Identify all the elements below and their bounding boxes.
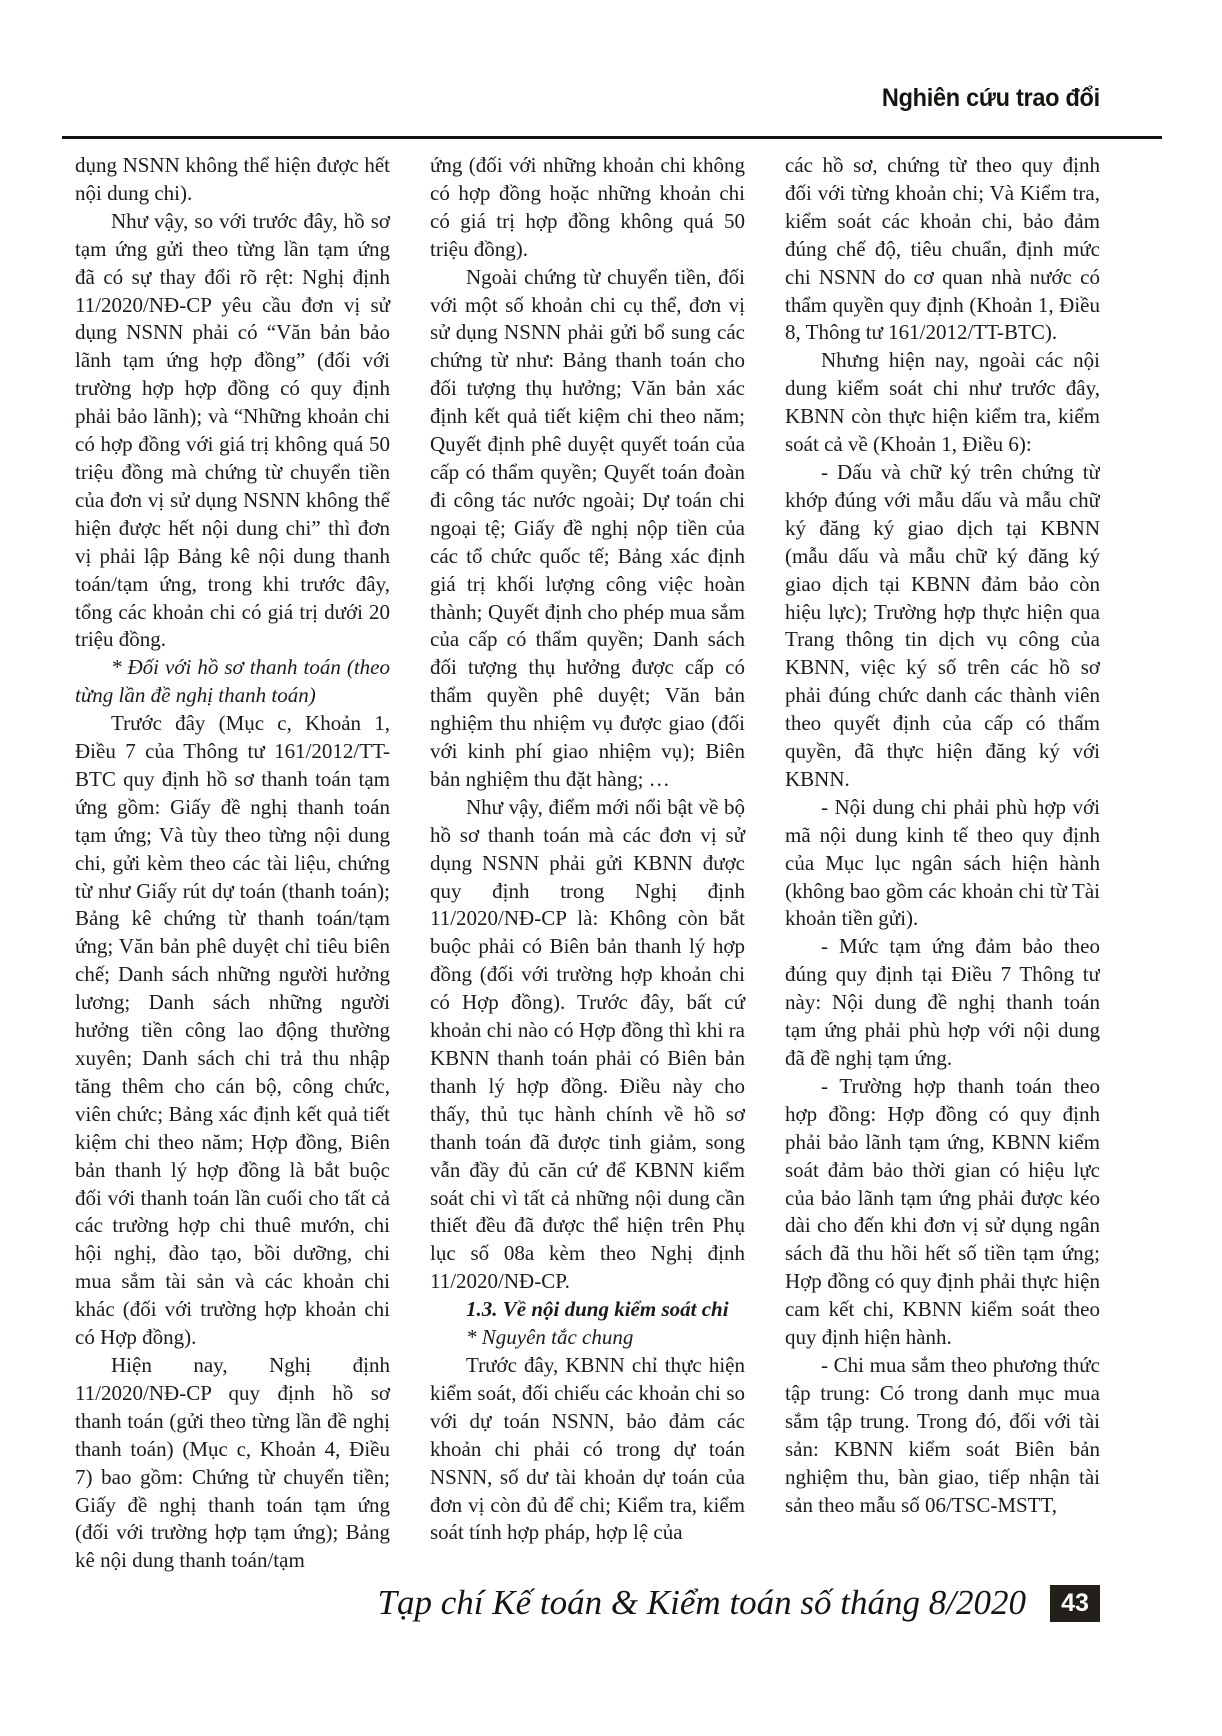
body-paragraph: Trước đây, KBNN chỉ thực hiện kiểm soát,…	[430, 1352, 745, 1547]
body-paragraph: Như vậy, so với trước đây, hồ sơ tạm ứng…	[75, 208, 390, 655]
subheading-general-principles: * Nguyên tắc chung	[430, 1324, 745, 1352]
body-paragraph: - Dấu và chữ ký trên chứng từ khớp đúng …	[785, 459, 1100, 794]
page-number-badge: 43	[1050, 1585, 1100, 1622]
body-paragraph: Hiện nay, Nghị định 11/2020/NĐ-CP quy đị…	[75, 1352, 390, 1575]
journal-title: Tạp chí Kế toán & Kiểm toán số tháng 8/2…	[378, 1583, 1026, 1623]
body-paragraph: Nhưng hiện nay, ngoài các nội dung kiểm …	[785, 347, 1100, 459]
body-paragraph: dụng NSNN không thể hiện được hết nội du…	[75, 152, 390, 208]
text-column-2: ứng (đối với những khoản chi không có hợ…	[430, 152, 745, 1582]
subheading-payment-dossier: * Đối với hồ sơ thanh toán (theo từng lầ…	[75, 654, 390, 710]
body-paragraph: ứng (đối với những khoản chi không có hợ…	[430, 152, 745, 264]
body-paragraph: - Nội dung chi phải phù hợp với mã nội d…	[785, 794, 1100, 934]
subsection-heading-1-3: 1.3. Về nội dung kiểm soát chi	[430, 1296, 745, 1324]
body-paragraph: Ngoài chứng từ chuyển tiền, đối với một …	[430, 264, 745, 794]
body-paragraph: - Mức tạm ứng đảm bảo theo đúng quy định…	[785, 933, 1100, 1073]
header-rule	[62, 136, 1162, 139]
body-paragraph: Như vậy, điểm mới nổi bật về bộ hồ sơ th…	[430, 794, 745, 1296]
page-footer: Tạp chí Kế toán & Kiểm toán số tháng 8/2…	[75, 1578, 1100, 1628]
body-paragraph: - Chi mua sắm theo phương thức tập trung…	[785, 1352, 1100, 1519]
article-body: dụng NSNN không thể hiện được hết nội du…	[75, 152, 1100, 1582]
body-paragraph: Trước đây (Mục c, Khoản 1, Điều 7 của Th…	[75, 710, 390, 1352]
running-head: Nghiên cứu trao đổi	[882, 84, 1100, 113]
text-column-3: các hồ sơ, chứng từ theo quy định đối vớ…	[785, 152, 1100, 1582]
body-paragraph: - Trường hợp thanh toán theo hợp đồng: H…	[785, 1073, 1100, 1352]
body-paragraph: các hồ sơ, chứng từ theo quy định đối vớ…	[785, 152, 1100, 347]
journal-page: Nghiên cứu trao đổi dụng NSNN không thể …	[0, 0, 1222, 1736]
text-column-1: dụng NSNN không thể hiện được hết nội du…	[75, 152, 390, 1582]
